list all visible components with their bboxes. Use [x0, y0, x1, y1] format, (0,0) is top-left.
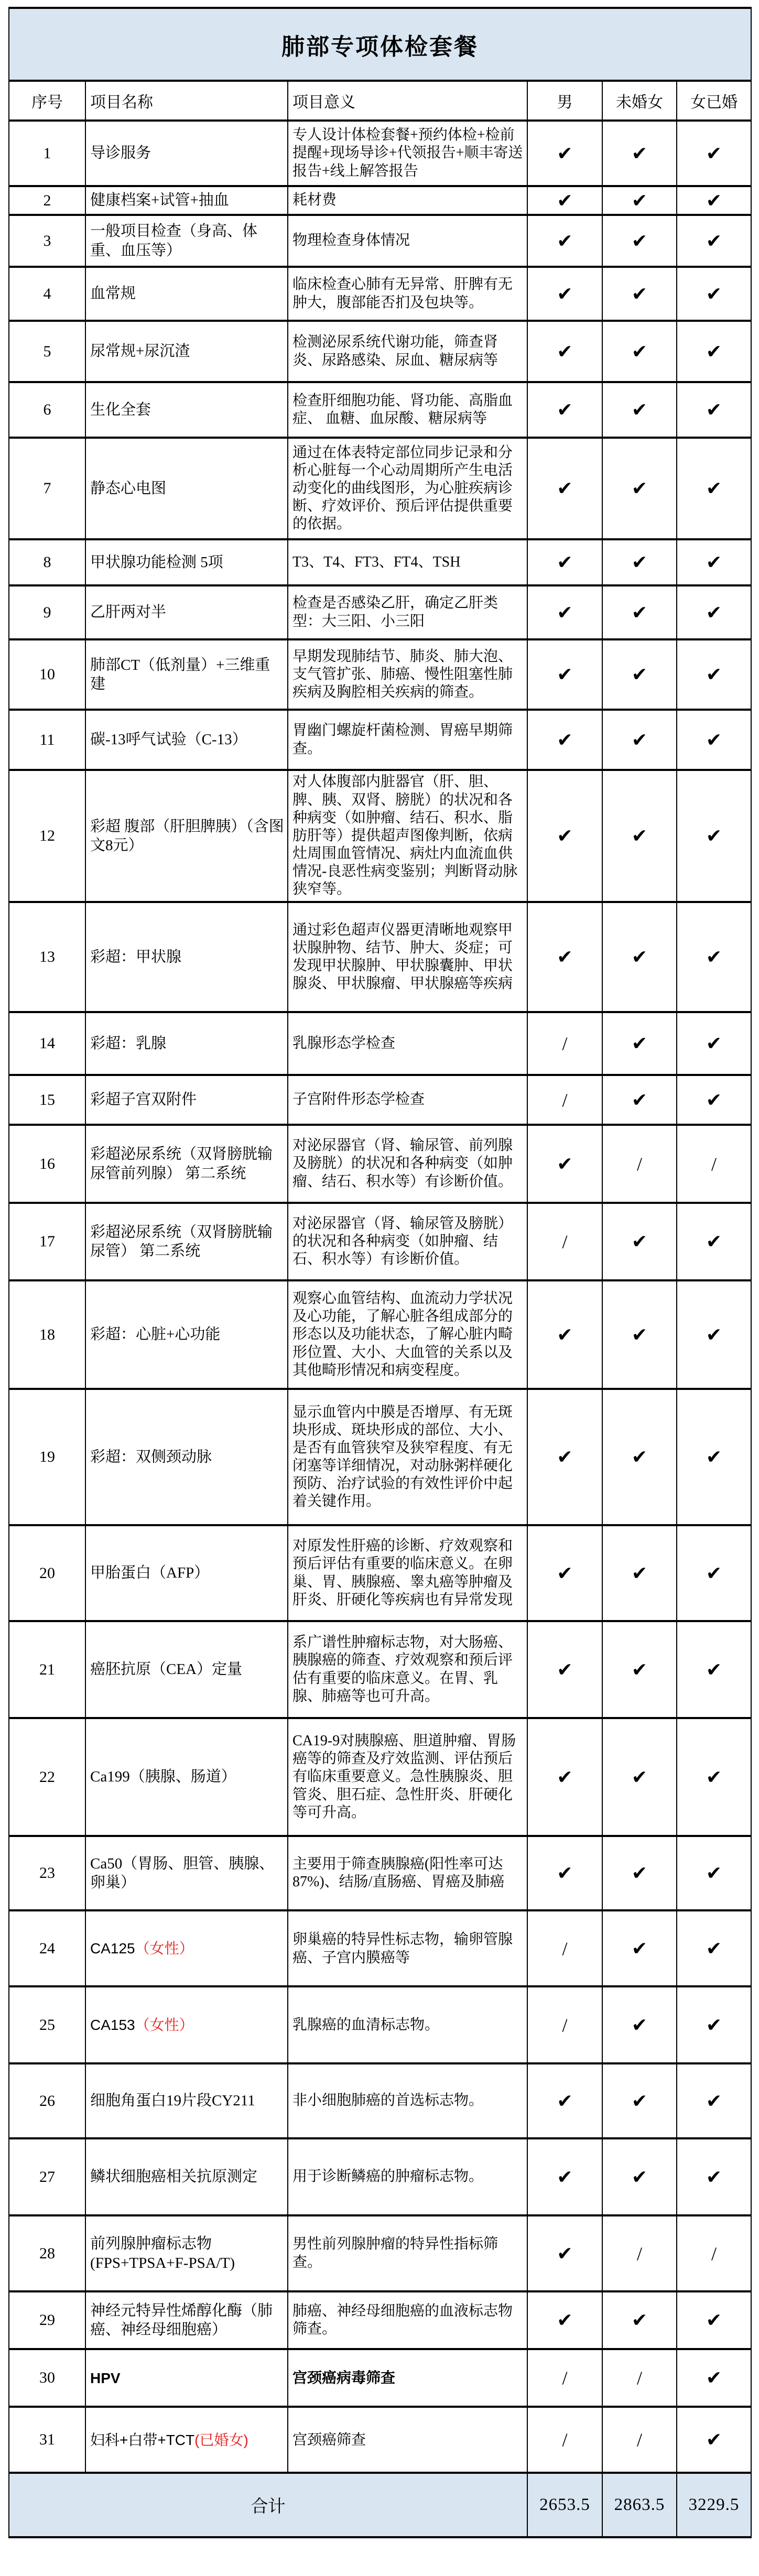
row-no: 18: [9, 1280, 85, 1389]
check-unmarried-female: ✔: [602, 186, 677, 215]
item-name-text: 乙肝两对半: [90, 604, 166, 621]
check-male: ✔: [527, 539, 602, 585]
row-meaning: 主要用于筛查胰腺癌(阳性率可达87%)、结肠/直肠癌、胃癌及肺癌: [288, 1836, 527, 1910]
row-meaning: 乳腺形态学检查: [288, 1012, 527, 1075]
column-header-unmarried-female: 未婚女: [602, 81, 677, 121]
table-row: 27 鳞状细胞癌相关抗原测定 用于诊断鳞癌的肿瘤标志物。 ✔ ✔ ✔: [9, 2138, 751, 2215]
item-name-text: CA125: [90, 1940, 135, 1957]
check-married-female: ✔: [677, 1389, 751, 1525]
item-name-text: CA153: [90, 2017, 135, 2033]
row-no: 24: [9, 1910, 85, 1986]
item-name-text: 彩超 腹部（肝胆脾胰）（含图文8元）: [90, 818, 284, 854]
check-male: ✔: [527, 710, 602, 770]
table-row: 22 Ca199（胰腺、肠道） CA19-9对胰腺癌、胆道肿瘤、胃肠癌等的筛查及…: [9, 1718, 751, 1836]
item-name-text: 彩超：甲状腺: [90, 949, 181, 965]
check-unmarried-female: /: [602, 1125, 677, 1203]
table-row: 15 彩超子宫双附件 子宫附件形态学检查 / ✔ ✔: [9, 1075, 751, 1125]
table-row: 2 健康档案+试管+抽血 耗材费 ✔ ✔ ✔: [9, 186, 751, 215]
check-unmarried-female: ✔: [602, 710, 677, 770]
item-name-text: 血常规: [90, 285, 136, 302]
check-male: ✔: [527, 1125, 602, 1203]
check-male: ✔: [527, 1525, 602, 1621]
table-row: 8 甲状腺功能检测 5项 T3、T4、FT3、FT4、TSH ✔ ✔ ✔: [9, 539, 751, 585]
row-name: 彩超 腹部（肝胆脾胰）（含图文8元）: [85, 770, 288, 902]
table-row: 5 尿常规+尿沉渣 检测泌尿系统代谢功能，筛查肾炎、尿路感染、尿血、糖尿病等 ✔…: [9, 321, 751, 382]
item-name-text: 彩超泌尿系统（双肾膀胱输尿管前列腺） 第二系统: [90, 1146, 273, 1181]
row-name: 导诊服务: [85, 121, 288, 186]
table-row: 7 静态心电图 通过在体表特定部位同步记录和分析心脏每一个心动周期所产生电活动变…: [9, 438, 751, 539]
check-unmarried-female: ✔: [602, 1203, 677, 1280]
row-name: CA125（女性）: [85, 1910, 288, 1986]
check-unmarried-female: ✔: [602, 438, 677, 539]
check-male: /: [527, 2407, 602, 2473]
row-name: 肺部CT（低剂量）+三维重建: [85, 639, 288, 710]
item-name-red: （女性）: [135, 2017, 194, 2033]
row-no: 3: [9, 215, 85, 267]
item-name-text: 尿常规+尿沉渣: [90, 343, 190, 360]
row-no: 11: [9, 710, 85, 770]
row-meaning: 卵巢癌的特异性标志物，输卵管腺癌、子宫内膜癌等: [288, 1910, 527, 1986]
check-unmarried-female: /: [602, 2407, 677, 2473]
row-name: 彩超：双侧颈动脉: [85, 1389, 288, 1525]
row-name: 尿常规+尿沉渣: [85, 321, 288, 382]
table-row: 21 癌胚抗原（CEA）定量 系广谱性肿瘤标志物，对大肠癌、胰腺癌的筛查、疗效观…: [9, 1621, 751, 1718]
check-male: /: [527, 1910, 602, 1986]
table-row: 31 妇科+白带+TCT(已婚女) 宫颈癌筛查 / / ✔: [9, 2407, 751, 2473]
row-no: 28: [9, 2215, 85, 2291]
table-row: 14 彩超：乳腺 乳腺形态学检查 / ✔ ✔: [9, 1012, 751, 1075]
item-name-text: 健康档案+试管+抽血: [90, 192, 229, 209]
column-header-name: 项目名称: [85, 81, 288, 121]
item-name-text: 细胞角蛋白19片段CY211: [90, 2092, 255, 2109]
item-name-red: (已婚女): [194, 2432, 248, 2448]
table-row: 11 碳-13呼气试验（C-13） 胃幽门螺旋杆菌检测、胃癌早期筛查。 ✔ ✔ …: [9, 710, 751, 770]
check-male: ✔: [527, 1836, 602, 1910]
item-name-text: 彩超泌尿系统（双肾膀胱输尿管） 第二系统: [90, 1224, 273, 1259]
check-male: ✔: [527, 585, 602, 639]
check-unmarried-female: ✔: [602, 1621, 677, 1718]
check-male: ✔: [527, 2063, 602, 2138]
row-meaning: 子宫附件形态学检查: [288, 1075, 527, 1125]
check-married-female: /: [677, 1125, 751, 1203]
row-no: 9: [9, 585, 85, 639]
item-name-text: 生化全套: [90, 401, 151, 418]
row-meaning: 对人体腹部内脏器官（肝、胆、脾、胰、双肾、膀胱）的状况和各种病变（如肿瘤、结石、…: [288, 770, 527, 902]
row-name: 彩超子宫双附件: [85, 1075, 288, 1125]
check-married-female: ✔: [677, 1836, 751, 1910]
row-meaning: 宫颈癌病毒筛查: [288, 2349, 527, 2407]
table-row: 9 乙肝两对半 检查是否感染乙肝，确定乙肝类型：大三阳、小三阳 ✔ ✔ ✔: [9, 585, 751, 639]
item-name-text: 癌胚抗原（CEA）定量: [90, 1661, 242, 1678]
row-name: CA153（女性）: [85, 1986, 288, 2063]
total-married-female: 3229.5: [677, 2473, 751, 2537]
table-row: 19 彩超：双侧颈动脉 显示血管内中膜是否增厚、有无斑块形成、斑块形成的部位、大…: [9, 1389, 751, 1525]
column-header-male: 男: [527, 81, 602, 121]
row-no: 25: [9, 1986, 85, 2063]
check-married-female: ✔: [677, 438, 751, 539]
column-header-married-female: 女已婚: [677, 81, 751, 121]
row-meaning: 宫颈癌筛查: [288, 2407, 527, 2473]
check-married-female: ✔: [677, 1203, 751, 1280]
item-name-text: 神经元特异性烯醇化酶（肺癌、神经母细胞癌）: [90, 2302, 273, 2338]
check-unmarried-female: ✔: [602, 1012, 677, 1075]
table-row: 23 Ca50（胃肠、胆管、胰腺、卵巢） 主要用于筛查胰腺癌(阳性率可达87%)…: [9, 1836, 751, 1910]
check-male: ✔: [527, 186, 602, 215]
table-row: 3 一般项目检查（身高、体重、血压等） 物理检查身体情况 ✔ ✔ ✔: [9, 215, 751, 267]
row-meaning: 检测泌尿系统代谢功能，筛查肾炎、尿路感染、尿血、糖尿病等: [288, 321, 527, 382]
check-married-female: /: [677, 2215, 751, 2291]
item-name-text: 彩超：双侧颈动脉: [90, 1449, 212, 1465]
row-meaning: 乳腺癌的血清标志物。: [288, 1986, 527, 2063]
row-name: 鳞状细胞癌相关抗原测定: [85, 2138, 288, 2215]
row-name: 静态心电图: [85, 438, 288, 539]
row-name: 彩超泌尿系统（双肾膀胱输尿管前列腺） 第二系统: [85, 1125, 288, 1203]
item-name-text: 彩超子宫双附件: [90, 1091, 197, 1108]
check-unmarried-female: ✔: [602, 2138, 677, 2215]
row-meaning: 对原发性肝癌的诊断、疗效观察和预后评估有重要的临床意义。在卵巢、胃、胰腺癌、睾丸…: [288, 1525, 527, 1621]
check-married-female: ✔: [677, 267, 751, 321]
check-married-female: ✔: [677, 1910, 751, 1986]
row-name: 彩超：乳腺: [85, 1012, 288, 1075]
check-married-female: ✔: [677, 186, 751, 215]
check-unmarried-female: ✔: [602, 639, 677, 710]
table-row: 17 彩超泌尿系统（双肾膀胱输尿管） 第二系统 对泌尿器官（肾、输尿管及膀胱）的…: [9, 1203, 751, 1280]
check-married-female: ✔: [677, 639, 751, 710]
check-married-female: ✔: [677, 1012, 751, 1075]
check-male: /: [527, 1986, 602, 2063]
table-row: 13 彩超：甲状腺 通过彩色超声仪器更清晰地观察甲状腺肿物、结节、肿大、炎症；可…: [9, 902, 751, 1012]
check-male: ✔: [527, 267, 602, 321]
check-married-female: ✔: [677, 710, 751, 770]
row-no: 7: [9, 438, 85, 539]
check-unmarried-female: ✔: [602, 902, 677, 1012]
check-married-female: ✔: [677, 321, 751, 382]
check-male: /: [527, 1203, 602, 1280]
table-row: 30 HPV 宫颈癌病毒筛查 / / ✔: [9, 2349, 751, 2407]
check-married-female: ✔: [677, 1525, 751, 1621]
check-unmarried-female: ✔: [602, 215, 677, 267]
table-row: 6 生化全套 检查肝细胞功能、肾功能、高脂血症、 血糖、血尿酸、糖尿病等 ✔ ✔…: [9, 382, 751, 438]
row-meaning: 观察心血管结构、血流动力学状况及心功能，了解心脏各组成部分的形态以及功能状态，了…: [288, 1280, 527, 1389]
table-row: 24 CA125（女性） 卵巢癌的特异性标志物，输卵管腺癌、子宫内膜癌等 / ✔…: [9, 1910, 751, 1986]
row-no: 26: [9, 2063, 85, 2138]
check-married-female: ✔: [677, 770, 751, 902]
check-married-female: ✔: [677, 215, 751, 267]
document-page: 肺部专项体检套餐 序号 项目名称 项目意义 男 未婚女 女已婚 1 导诊服务 专…: [0, 7, 759, 2576]
row-no: 31: [9, 2407, 85, 2473]
row-meaning: 通过彩色超声仪器更清晰地观察甲状腺肿物、结节、肿大、炎症；可发现甲状腺肿、甲状腺…: [288, 902, 527, 1012]
total-male: 2653.5: [527, 2473, 602, 2537]
row-name: 前列腺肿瘤标志物 (FPS+TPSA+F-PSA/T): [85, 2215, 288, 2291]
check-unmarried-female: /: [602, 2349, 677, 2407]
exam-package-table: 肺部专项体检套餐 序号 项目名称 项目意义 男 未婚女 女已婚 1 导诊服务 专…: [8, 7, 752, 2538]
item-name-text: HPV: [90, 2370, 121, 2386]
check-married-female: ✔: [677, 1718, 751, 1836]
item-name-text: 导诊服务: [90, 145, 151, 161]
check-married-female: ✔: [677, 2138, 751, 2215]
row-no: 21: [9, 1621, 85, 1718]
row-no: 13: [9, 902, 85, 1012]
check-male: ✔: [527, 321, 602, 382]
row-name: 细胞角蛋白19片段CY211: [85, 2063, 288, 2138]
check-married-female: ✔: [677, 585, 751, 639]
row-meaning: T3、T4、FT3、FT4、TSH: [288, 539, 527, 585]
item-name-text: 彩超：乳腺: [90, 1035, 166, 1052]
row-meaning: 肺癌、神经母细胞癌的血液标志物筛查。: [288, 2291, 527, 2349]
row-meaning: 专人设计体检套餐+预约体检+检前提醒+现场导诊+代领报告+顺丰寄送报告+线上解答…: [288, 121, 527, 186]
item-name-text: 肺部CT（低剂量）+三维重建: [90, 657, 270, 692]
row-meaning: 通过在体表特定部位同步记录和分析心脏每一个心动周期所产生电活动变化的曲线图形，为…: [288, 438, 527, 539]
check-married-female: ✔: [677, 2349, 751, 2407]
item-name-text: 一般项目检查（身高、体重、血压等）: [90, 223, 257, 258]
check-unmarried-female: ✔: [602, 2063, 677, 2138]
row-no: 22: [9, 1718, 85, 1836]
item-name-text: 前列腺肿瘤标志物 (FPS+TPSA+F-PSA/T): [90, 2235, 235, 2271]
check-male: ✔: [527, 1389, 602, 1525]
check-unmarried-female: ✔: [602, 539, 677, 585]
row-name: 健康档案+试管+抽血: [85, 186, 288, 215]
check-male: ✔: [527, 1718, 602, 1836]
check-male: /: [527, 1075, 602, 1125]
check-unmarried-female: ✔: [602, 121, 677, 186]
row-no: 10: [9, 639, 85, 710]
check-unmarried-female: ✔: [602, 382, 677, 438]
check-male: ✔: [527, 2138, 602, 2215]
row-no: 14: [9, 1012, 85, 1075]
check-male: ✔: [527, 1621, 602, 1718]
row-meaning: 临床检查心肺有无异常、肝脾有无肿大，腹部能否扪及包块等。: [288, 267, 527, 321]
item-name-text: 碳-13呼气试验（C-13）: [90, 731, 247, 748]
row-no: 8: [9, 539, 85, 585]
row-no: 19: [9, 1389, 85, 1525]
header-row: 序号 项目名称 项目意义 男 未婚女 女已婚: [9, 81, 751, 121]
check-unmarried-female: ✔: [602, 1389, 677, 1525]
item-name-text: 妇科+白带+TCT: [90, 2432, 194, 2448]
row-meaning: 系广谱性肿瘤标志物，对大肠癌、胰腺癌的筛查、疗效观察和预后评估有重要的临床意义。…: [288, 1621, 527, 1718]
check-male: ✔: [527, 1280, 602, 1389]
check-male: /: [527, 2349, 602, 2407]
total-label: 合计: [9, 2473, 527, 2537]
check-married-female: ✔: [677, 2063, 751, 2138]
check-male: ✔: [527, 770, 602, 902]
check-male: ✔: [527, 121, 602, 186]
check-unmarried-female: ✔: [602, 1836, 677, 1910]
row-name: 血常规: [85, 267, 288, 321]
row-name: 甲状腺功能检测 5项: [85, 539, 288, 585]
item-name-text: 鳞状细胞癌相关抗原测定: [90, 2168, 257, 2185]
row-name: 彩超泌尿系统（双肾膀胱输尿管） 第二系统: [85, 1203, 288, 1280]
row-name: 妇科+白带+TCT(已婚女): [85, 2407, 288, 2473]
row-name: 神经元特异性烯醇化酶（肺癌、神经母细胞癌）: [85, 2291, 288, 2349]
table-row: 18 彩超：心脏+心功能 观察心血管结构、血流动力学状况及心功能，了解心脏各组成…: [9, 1280, 751, 1389]
check-unmarried-female: ✔: [602, 1986, 677, 2063]
check-male: ✔: [527, 2291, 602, 2349]
row-name: 乙肝两对半: [85, 585, 288, 639]
check-unmarried-female: ✔: [602, 1910, 677, 1986]
row-no: 27: [9, 2138, 85, 2215]
table-row: 25 CA153（女性） 乳腺癌的血清标志物。 / ✔ ✔: [9, 1986, 751, 2063]
item-name-text: 甲胎蛋白（AFP）: [90, 1564, 209, 1581]
item-name-red: （女性）: [135, 1940, 194, 1957]
row-no: 16: [9, 1125, 85, 1203]
check-male: ✔: [527, 902, 602, 1012]
table-row: 28 前列腺肿瘤标志物 (FPS+TPSA+F-PSA/T) 男性前列腺肿瘤的特…: [9, 2215, 751, 2291]
check-unmarried-female: ✔: [602, 585, 677, 639]
row-no: 17: [9, 1203, 85, 1280]
check-male: ✔: [527, 639, 602, 710]
check-married-female: ✔: [677, 382, 751, 438]
row-meaning: 检查肝细胞功能、肾功能、高脂血症、 血糖、血尿酸、糖尿病等: [288, 382, 527, 438]
check-unmarried-female: ✔: [602, 1280, 677, 1389]
check-unmarried-female: ✔: [602, 1075, 677, 1125]
row-name: 彩超：甲状腺: [85, 902, 288, 1012]
check-unmarried-female: ✔: [602, 1718, 677, 1836]
item-name-text: Ca199（胰腺、肠道）: [90, 1768, 236, 1785]
row-no: 5: [9, 321, 85, 382]
row-name: 一般项目检查（身高、体重、血压等）: [85, 215, 288, 267]
check-married-female: ✔: [677, 539, 751, 585]
row-meaning: 用于诊断鳞癌的肿瘤标志物。: [288, 2138, 527, 2215]
row-no: 23: [9, 1836, 85, 1910]
table-row: 29 神经元特异性烯醇化酶（肺癌、神经母细胞癌） 肺癌、神经母细胞癌的血液标志物…: [9, 2291, 751, 2349]
check-unmarried-female: ✔: [602, 2291, 677, 2349]
row-name: HPV: [85, 2349, 288, 2407]
check-married-female: ✔: [677, 1621, 751, 1718]
row-no: 30: [9, 2349, 85, 2407]
row-no: 20: [9, 1525, 85, 1621]
row-no: 6: [9, 382, 85, 438]
row-no: 4: [9, 267, 85, 321]
row-meaning: 男性前列腺肿瘤的特异性指标筛查。: [288, 2215, 527, 2291]
table-row: 4 血常规 临床检查心肺有无异常、肝脾有无肿大，腹部能否扪及包块等。 ✔ ✔ ✔: [9, 267, 751, 321]
check-married-female: ✔: [677, 2407, 751, 2473]
item-name-text: 彩超：心脏+心功能: [90, 1326, 220, 1343]
check-unmarried-female: /: [602, 2215, 677, 2291]
row-meaning: 胃幽门螺旋杆菌检测、胃癌早期筛查。: [288, 710, 527, 770]
row-meaning: 对泌尿器官（肾、输尿管、前列腺及膀胱）的状况和各种病变（如肿瘤、结石、积水等）有…: [288, 1125, 527, 1203]
title-row: 肺部专项体检套餐: [9, 8, 751, 81]
check-male: ✔: [527, 382, 602, 438]
footer-row: 合计 2653.5 2863.5 3229.5: [9, 2473, 751, 2537]
row-name: 甲胎蛋白（AFP）: [85, 1525, 288, 1621]
row-name: Ca50（胃肠、胆管、胰腺、卵巢）: [85, 1836, 288, 1910]
page-title: 肺部专项体检套餐: [9, 8, 751, 81]
total-unmarried-female: 2863.5: [602, 2473, 677, 2537]
column-header-no: 序号: [9, 81, 85, 121]
row-meaning: 检查是否感染乙肝，确定乙肝类型：大三阳、小三阳: [288, 585, 527, 639]
table-row: 10 肺部CT（低剂量）+三维重建 早期发现肺结节、肺炎、肺大泡、支气管扩张、肺…: [9, 639, 751, 710]
check-unmarried-female: ✔: [602, 267, 677, 321]
row-name: 癌胚抗原（CEA）定量: [85, 1621, 288, 1718]
row-meaning: 早期发现肺结节、肺炎、肺大泡、支气管扩张、肺癌、慢性阻塞性肺疾病及胸腔相关疾病的…: [288, 639, 527, 710]
check-unmarried-female: ✔: [602, 321, 677, 382]
table-row: 16 彩超泌尿系统（双肾膀胱输尿管前列腺） 第二系统 对泌尿器官（肾、输尿管、前…: [9, 1125, 751, 1203]
table-row: 26 细胞角蛋白19片段CY211 非小细胞肺癌的首选标志物。 ✔ ✔ ✔: [9, 2063, 751, 2138]
row-name: 彩超：心脏+心功能: [85, 1280, 288, 1389]
row-name: 生化全套: [85, 382, 288, 438]
item-name-text: Ca50（胃肠、胆管、胰腺、卵巢）: [90, 1855, 274, 1891]
check-married-female: ✔: [677, 1280, 751, 1389]
check-married-female: ✔: [677, 121, 751, 186]
table-row: 1 导诊服务 专人设计体检套餐+预约体检+检前提醒+现场导诊+代领报告+顺丰寄送…: [9, 121, 751, 186]
check-married-female: ✔: [677, 2291, 751, 2349]
check-male: ✔: [527, 2215, 602, 2291]
row-meaning: 显示血管内中膜是否增厚、有无斑块形成、斑块形成的部位、大小、是否有血管狭窄及狭窄…: [288, 1389, 527, 1525]
row-no: 12: [9, 770, 85, 902]
table-row: 12 彩超 腹部（肝胆脾胰）（含图文8元） 对人体腹部内脏器官（肝、胆、脾、胰、…: [9, 770, 751, 902]
check-married-female: ✔: [677, 1075, 751, 1125]
check-male: ✔: [527, 215, 602, 267]
check-married-female: ✔: [677, 902, 751, 1012]
row-meaning: 耗材费: [288, 186, 527, 215]
row-no: 15: [9, 1075, 85, 1125]
check-male: /: [527, 1012, 602, 1075]
check-unmarried-female: ✔: [602, 770, 677, 902]
row-name: Ca199（胰腺、肠道）: [85, 1718, 288, 1836]
item-name-text: 静态心电图: [90, 480, 166, 497]
row-no: 29: [9, 2291, 85, 2349]
row-meaning: CA19-9对胰腺癌、胆道肿瘤、胃肠癌等的筛查及疗效监测、评估预后有临床重要意义…: [288, 1718, 527, 1836]
table-row: 20 甲胎蛋白（AFP） 对原发性肝癌的诊断、疗效观察和预后评估有重要的临床意义…: [9, 1525, 751, 1621]
row-meaning: 物理检查身体情况: [288, 215, 527, 267]
item-name-text: 甲状腺功能检测 5项: [90, 554, 223, 571]
row-meaning: 非小细胞肺癌的首选标志物。: [288, 2063, 527, 2138]
column-header-meaning: 项目意义: [288, 81, 527, 121]
row-no: 1: [9, 121, 85, 186]
check-unmarried-female: ✔: [602, 1525, 677, 1621]
row-meaning: 对泌尿器官（肾、输尿管及膀胱）的状况和各种病变（如肿瘤、结石、积水等）有诊断价值…: [288, 1203, 527, 1280]
row-name: 碳-13呼气试验（C-13）: [85, 710, 288, 770]
check-married-female: ✔: [677, 1986, 751, 2063]
row-no: 2: [9, 186, 85, 215]
check-male: ✔: [527, 438, 602, 539]
